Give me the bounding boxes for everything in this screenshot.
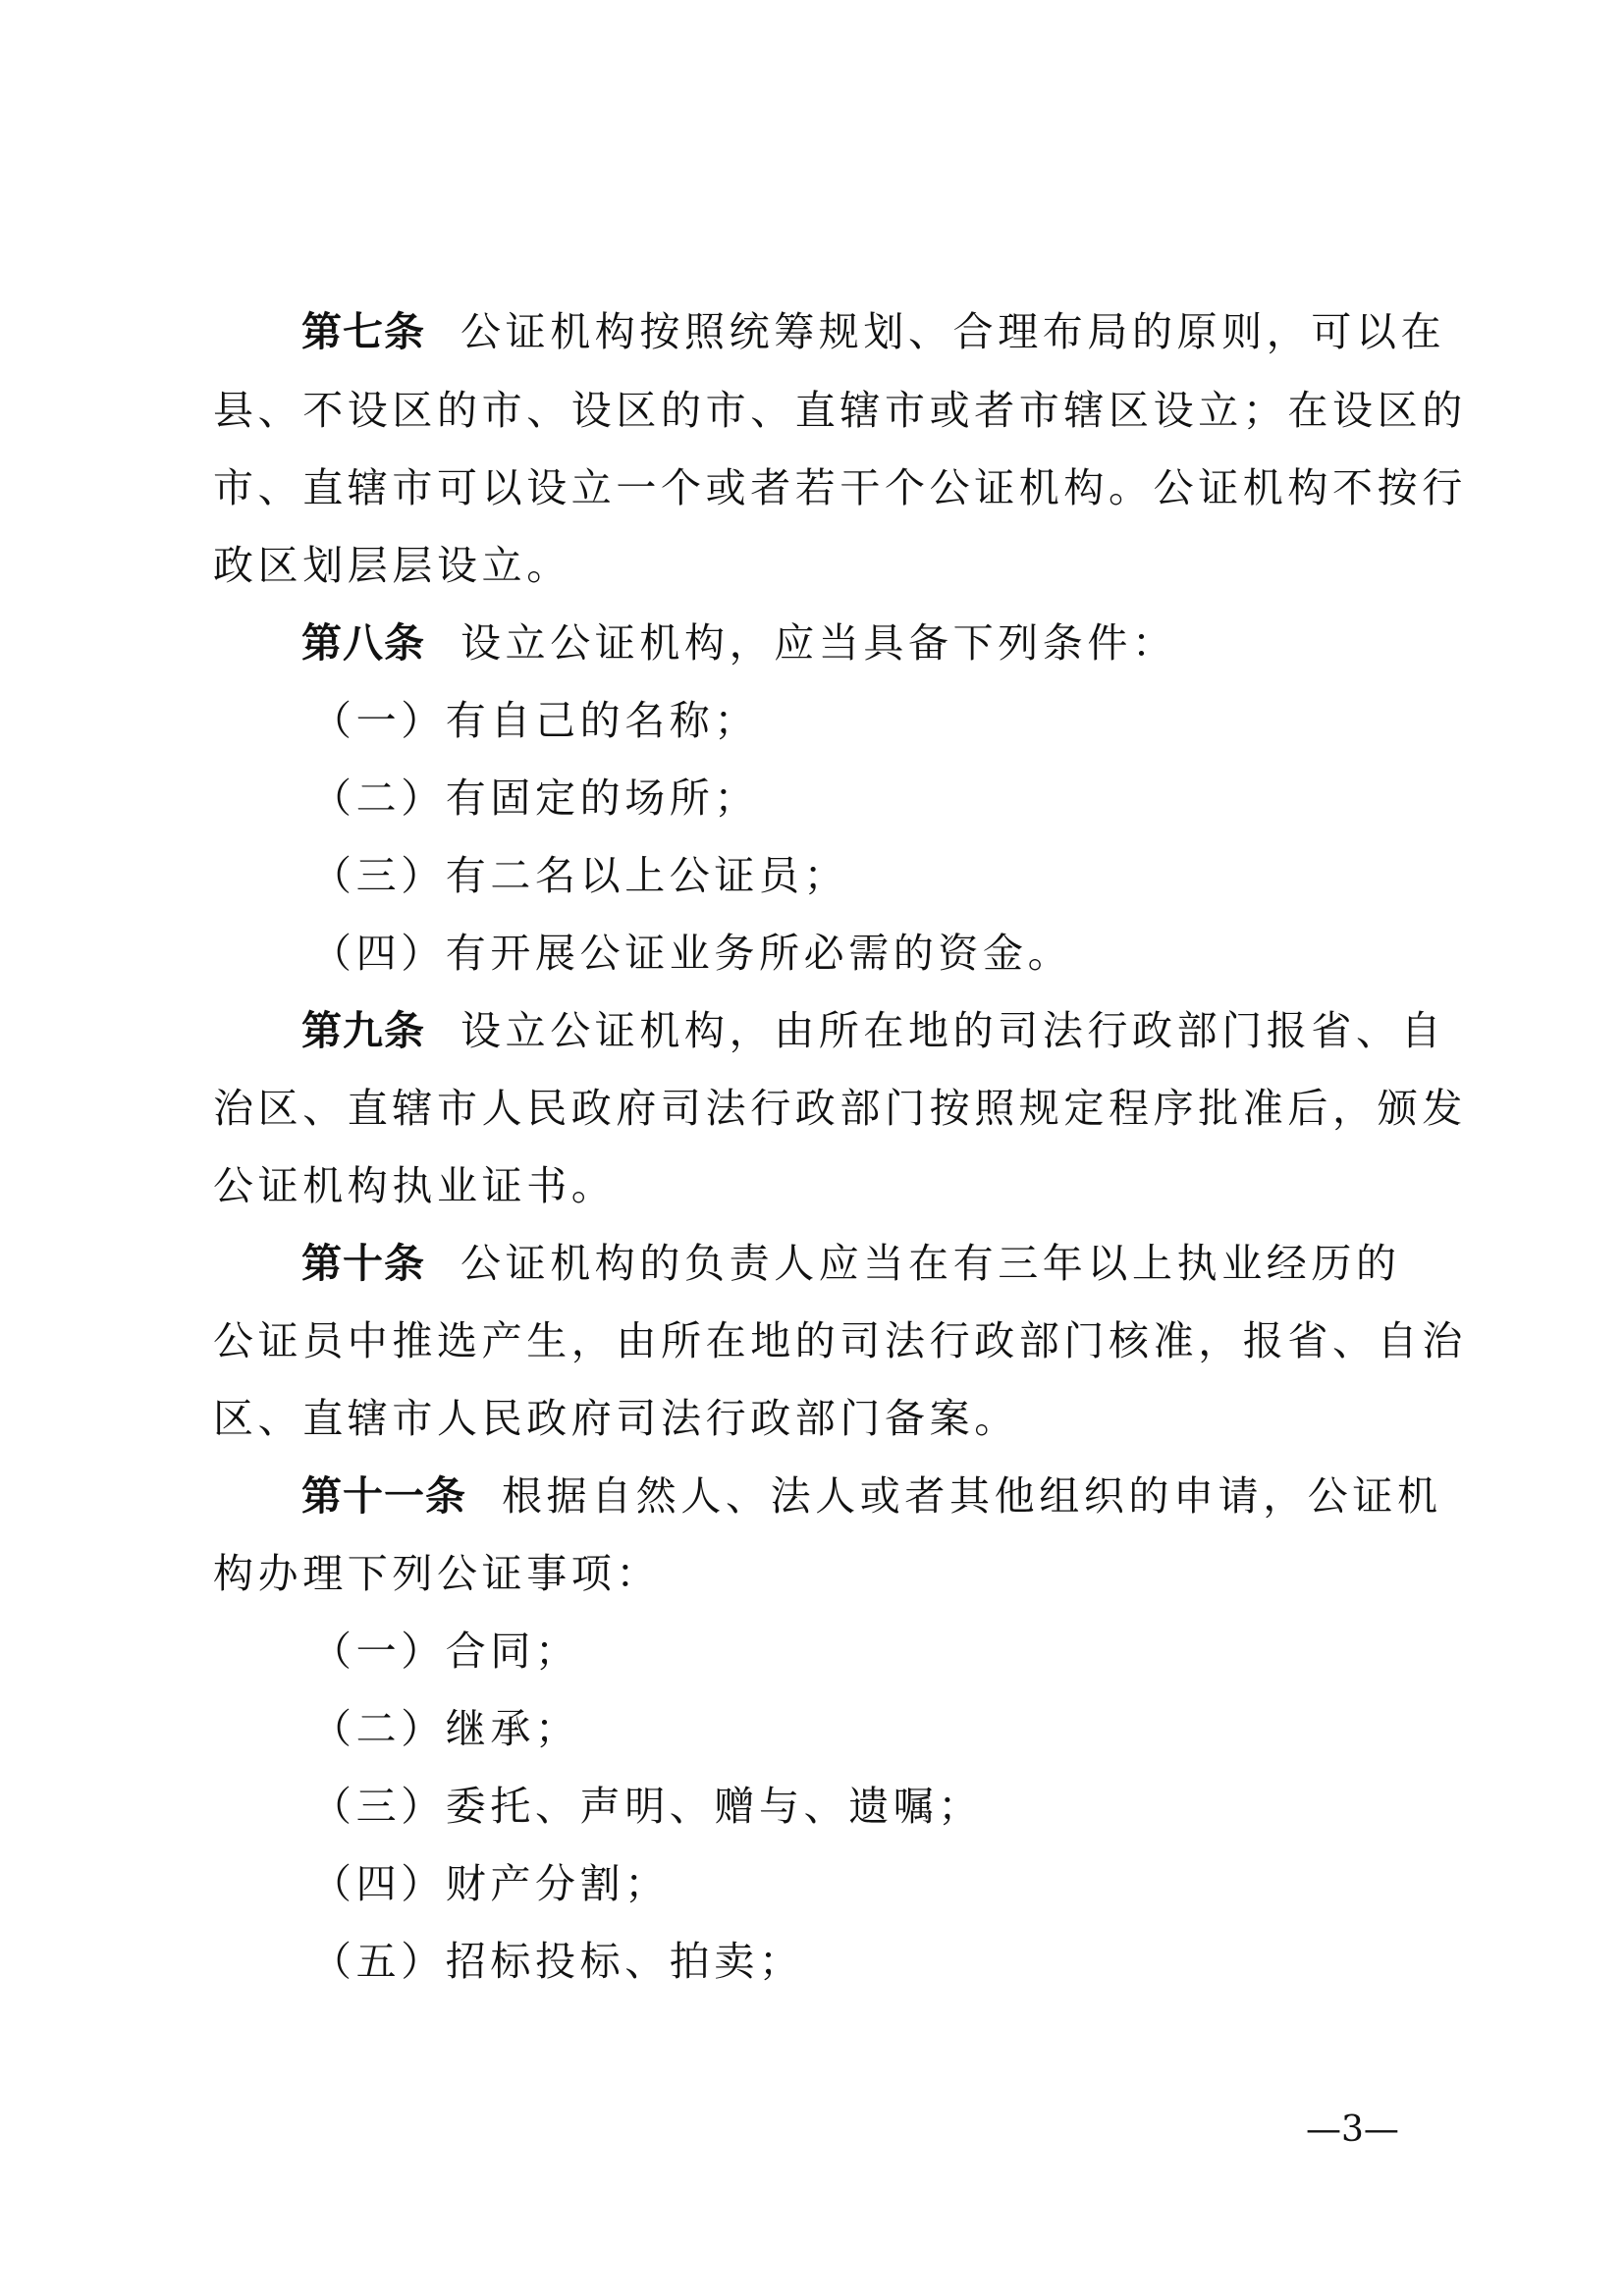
list-item: （五）招标投标、拍卖； [311,1932,1529,1991]
paragraph-line: 市、直辖市可以设立一个或者若干个公证机构。公证机构不按行 [213,458,1431,517]
paragraph-line: 治区、直辖市人民政府司法行政部门按照规定程序批准后，颁发 [213,1079,1431,1138]
list-item: （二）有固定的场所； [311,769,1529,828]
article-number: 第十一条 [301,1472,466,1520]
paragraph-line: 区、直辖市人民政府司法行政部门备案。 [213,1389,1431,1448]
line-text: 构办理下列公证事项： [213,1550,661,1597]
line-text: 政区划层层设立。 [213,542,571,589]
line-text: （四）财产分割； [311,1860,670,1907]
line-text: （二）继承； [311,1705,580,1752]
paragraph-line: 政区划层层设立。 [213,536,1431,595]
line-text: 县、不设区的市、设区的市、直辖市或者市辖区设立；在设区的 [213,387,1467,434]
line-text: （五）招标投标、拍卖； [311,1938,804,1985]
article-heading-line: 第十一条根据自然人、法人或者其他组织的申请，公证机 [301,1467,1519,1525]
article-number: 第八条 [301,619,425,667]
list-item: （三）有二名以上公证员； [311,846,1529,905]
list-item: （二）继承； [311,1699,1529,1758]
article-heading-line: 第八条设立公证机构，应当具备下列条件： [301,614,1519,672]
article-number: 第七条 [301,308,425,355]
line-text: （三）委托、声明、赠与、遗嘱； [311,1783,983,1830]
line-text: 公证机构执业证书。 [213,1162,616,1209]
line-text: 设立公证机构，由所在地的司法行政部门报省、自 [460,1007,1445,1054]
line-text: （一）有自己的名称； [311,697,759,744]
list-item: （四）财产分割； [311,1854,1529,1913]
article-heading-line: 第九条设立公证机构，由所在地的司法行政部门报省、自 [301,1001,1519,1060]
line-text: 公证机构的负责人应当在有三年以上执业经历的 [460,1240,1401,1287]
list-item: （一）合同； [311,1622,1529,1681]
line-text: （四）有开展公证业务所必需的资金。 [311,930,1072,977]
paragraph-line: 公证员中推选产生，由所在地的司法行政部门核准，报省、自治 [213,1311,1431,1370]
line-text: 公证机构按照统筹规划、合理布局的原则，可以在 [460,308,1445,355]
line-text: 市、直辖市可以设立一个或者若干个公证机构。公证机构不按行 [213,464,1467,511]
line-text: 区、直辖市人民政府司法行政部门备案。 [213,1395,1019,1442]
article-heading-line: 第七条公证机构按照统筹规划、合理布局的原则，可以在 [301,302,1519,361]
line-text: 治区、直辖市人民政府司法行政部门按照规定程序批准后，颁发 [213,1085,1467,1132]
line-text: 设立公证机构，应当具备下列条件： [460,619,1177,667]
line-text: （三）有二名以上公证员； [311,852,848,899]
article-number: 第九条 [301,1007,425,1054]
line-text: （一）合同； [311,1628,580,1675]
paragraph-line: 县、不设区的市、设区的市、直辖市或者市辖区设立；在设区的 [213,381,1431,440]
line-text: 根据自然人、法人或者其他组织的申请，公证机 [502,1472,1442,1520]
list-item: （四）有开展公证业务所必需的资金。 [311,924,1529,983]
article-heading-line: 第十条公证机构的负责人应当在有三年以上执业经历的 [301,1234,1519,1293]
line-text: （二）有固定的场所； [311,774,759,822]
list-item: （三）委托、声明、赠与、遗嘱； [311,1777,1529,1836]
line-text: 公证员中推选产生，由所在地的司法行政部门核准，报省、自治 [213,1317,1467,1364]
page-number: —3— [1306,2106,1399,2155]
article-number: 第十条 [301,1240,425,1287]
paragraph-line: 公证机构执业证书。 [213,1156,1431,1215]
list-item: （一）有自己的名称； [311,691,1529,750]
paragraph-line: 构办理下列公证事项： [213,1544,1431,1603]
